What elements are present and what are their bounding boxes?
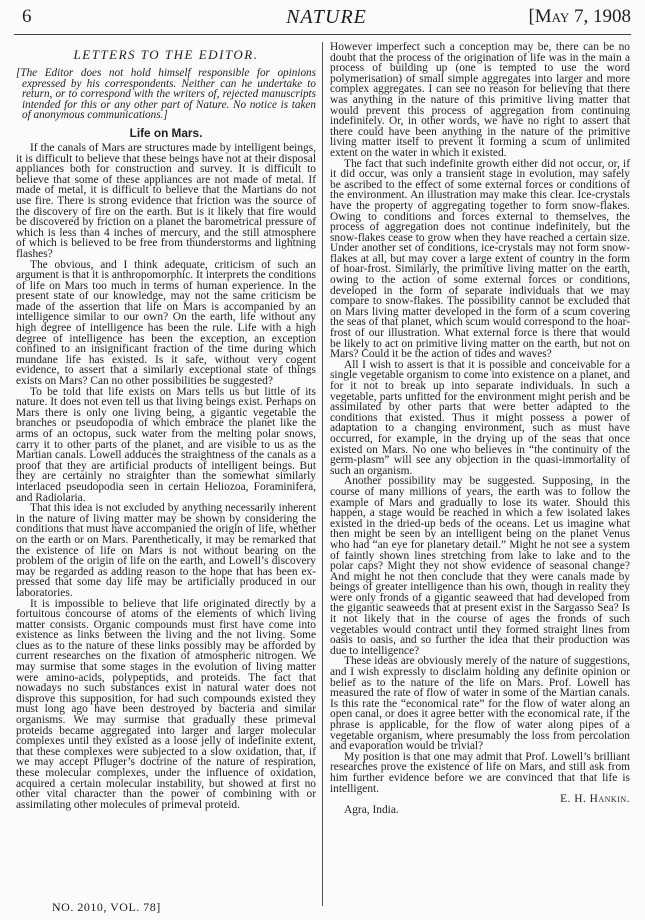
editor-note: [The Editor does not hold himself respon…	[16, 68, 316, 121]
paragraph: It is impossible to believe that life or…	[16, 599, 316, 811]
page-number: 6	[22, 6, 32, 28]
paragraph: To be told that life exists on Mars tell…	[16, 387, 316, 504]
paragraph: All I wish to assert is that it is possi…	[330, 360, 630, 477]
issue-footer: NO. 2010, VOL. 78]	[52, 900, 161, 915]
author-signature: E. H. Hankin.	[560, 794, 630, 805]
page-header: 6 NATURE [May 7, 1908	[22, 6, 631, 34]
paragraph: The fact that such indefinite growth eit…	[330, 159, 630, 360]
column-divider	[322, 42, 323, 906]
right-column: However imperfect such a conception may …	[330, 42, 630, 815]
issue-date: [May 7, 1908	[528, 6, 631, 28]
paragraph: If the canals of Mars are structures mad…	[16, 143, 316, 260]
header-rule	[14, 34, 631, 35]
left-column: LETTERS TO THE EDITOR. [The Editor does …	[16, 42, 316, 810]
paragraph: Another possibility may be suggested. Su…	[330, 476, 630, 656]
article-title: Life on Mars.	[16, 127, 316, 139]
paragraph: However imperfect such a conception may …	[330, 42, 630, 159]
author-location: Agra, India.	[330, 805, 630, 816]
paragraph: These ideas are obviously merely of the …	[330, 656, 630, 751]
journal-title: NATURE	[286, 6, 367, 29]
paragraph: That this idea is not excluded by anythi…	[16, 503, 316, 598]
paragraph: My position is that one may admit that P…	[330, 752, 630, 794]
paragraph: The obvious, and I think adequate, criti…	[16, 260, 316, 387]
section-title: LETTERS TO THE EDITOR.	[16, 48, 316, 62]
